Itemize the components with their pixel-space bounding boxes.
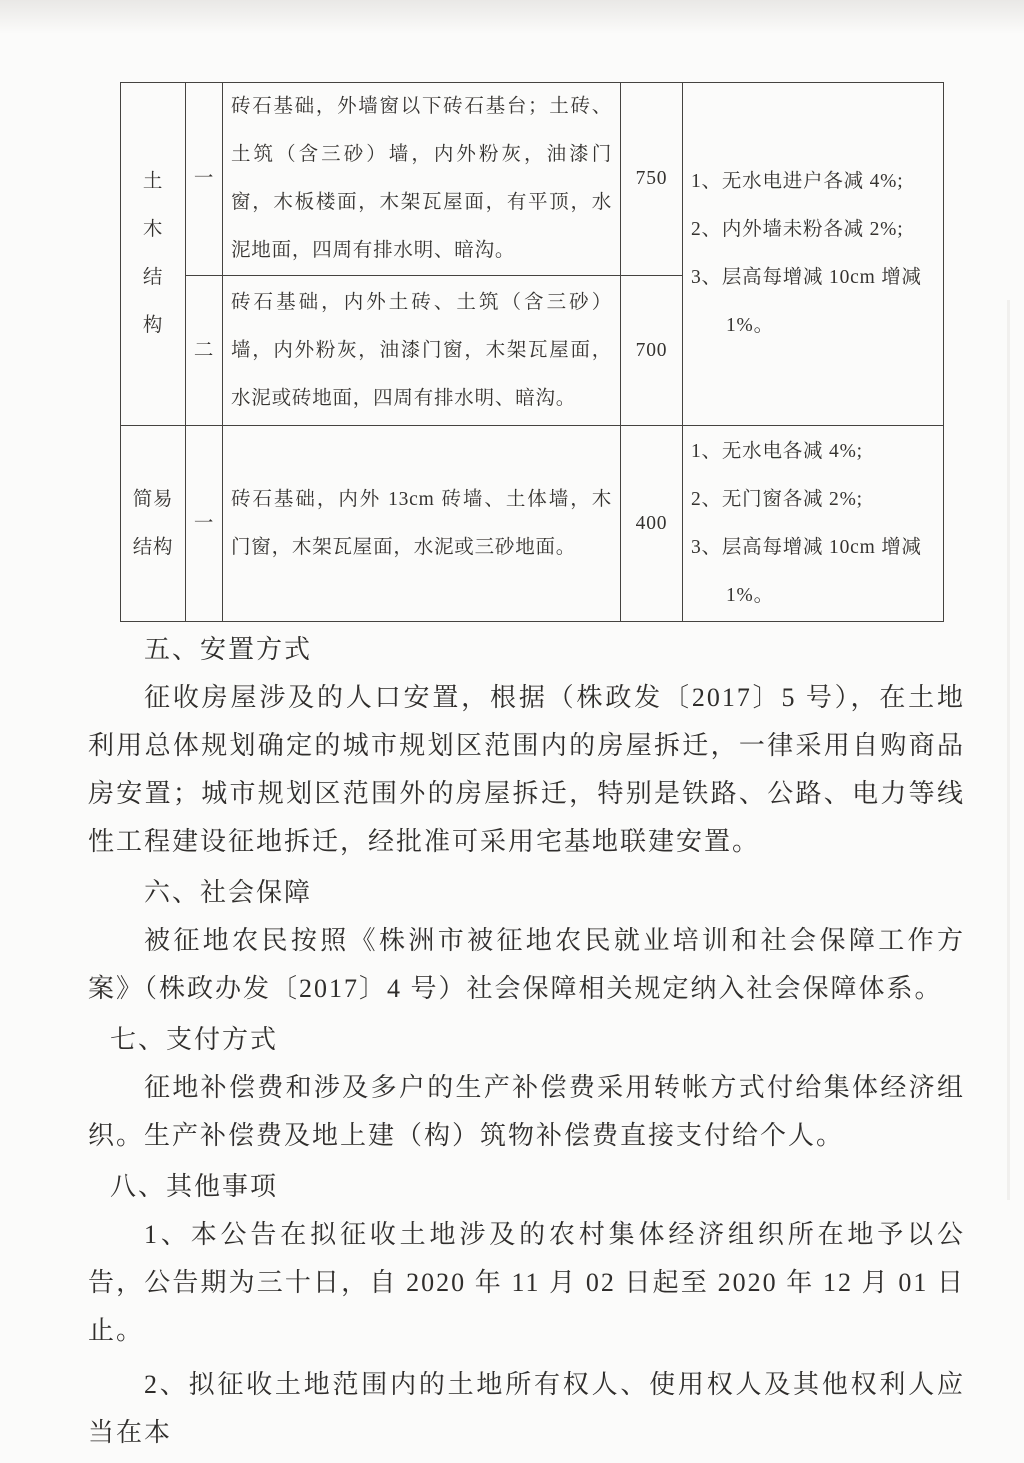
description-cell: 砖石基础，外墙窗以下砖石基台；土砖、土筑（含三砂）墙，内外粉灰，油漆门窗，木板楼… bbox=[223, 83, 621, 276]
unit-price-cell: 700 bbox=[621, 276, 683, 426]
section-heading-8: 八、其他事项 bbox=[88, 1163, 965, 1211]
grade-cell: 二 bbox=[186, 276, 223, 426]
table-row: 简易结构 一 砖石基础，内外 13cm 砖墙、土体墙，木门窗，木架瓦屋面，水泥或… bbox=[121, 426, 944, 622]
description-cell: 砖石基础，内外土砖、土筑（含三砂）墙，内外粉灰，油漆门窗，木架瓦屋面，水泥或砖地… bbox=[223, 276, 621, 426]
scan-shade-right bbox=[1007, 300, 1010, 1200]
table-row: 土木结构 一 砖石基础，外墙窗以下砖石基台；土砖、土筑（含三砂）墙，内外粉灰，油… bbox=[121, 83, 944, 276]
note-item: 3、层高每增减 10cm 增减 1%。 bbox=[691, 254, 941, 350]
description-cell: 砖石基础，内外 13cm 砖墙、土体墙，木门窗，木架瓦屋面，水泥或三砂地面。 bbox=[223, 426, 621, 622]
adjustment-notes-cell: 1、无水电各减 4%; 2、无门窗各减 2%; 3、层高每增减 10cm 增减 … bbox=[683, 426, 944, 622]
paragraph-social-security: 被征地农民按照《株洲市被征地农民就业培训和社会保障工作方案》（株政办发〔2017… bbox=[88, 917, 965, 1013]
grade-cell: 一 bbox=[186, 83, 223, 276]
note-item: 3、层高每增减 10cm 增减 1%。 bbox=[691, 524, 941, 620]
adjustment-notes-cell: 1、无水电进户各减 4%; 2、内外墙未粉各减 2%; 3、层高每增减 10cm… bbox=[683, 83, 944, 426]
note-item: 2、无门窗各减 2%; bbox=[691, 476, 941, 524]
structure-category-cell: 简易结构 bbox=[121, 426, 186, 622]
document-body: 五、安置方式 征收房屋涉及的人口安置，根据（株政发〔2017〕5 号），在土地利… bbox=[88, 626, 965, 1457]
note-item: 1、无水电各减 4%; bbox=[691, 428, 941, 476]
section-heading-6: 六、社会保障 bbox=[88, 869, 965, 917]
paragraph-other-item-1: 1、本公告在拟征收土地涉及的农村集体经济组织所在地予以公告，公告期为三十日，自 … bbox=[88, 1211, 965, 1355]
document-page: 土木结构 一 砖石基础，外墙窗以下砖石基台；土砖、土筑（含三砂）墙，内外粉灰，油… bbox=[0, 0, 1024, 1463]
paragraph-resettlement: 征收房屋涉及的人口安置，根据（株政发〔2017〕5 号），在土地利用总体规划确定… bbox=[88, 674, 965, 866]
structure-category-label: 土木结构 bbox=[140, 158, 166, 350]
unit-price-cell: 400 bbox=[621, 426, 683, 622]
compensation-table: 土木结构 一 砖石基础，外墙窗以下砖石基台；土砖、土筑（含三砂）墙，内外粉灰，油… bbox=[120, 82, 944, 622]
section-heading-7: 七、支付方式 bbox=[88, 1016, 965, 1064]
structure-category-label: 简易结构 bbox=[131, 476, 175, 572]
grade-cell: 一 bbox=[186, 426, 223, 622]
note-item: 1、无水电进户各减 4%; bbox=[691, 158, 941, 206]
unit-price-cell: 750 bbox=[621, 83, 683, 276]
paragraph-payment: 征地补偿费和涉及多户的生产补偿费采用转帐方式付给集体经济组织。生产补偿费及地上建… bbox=[88, 1064, 965, 1160]
structure-category-cell: 土木结构 bbox=[121, 83, 186, 426]
section-heading-5: 五、安置方式 bbox=[88, 626, 965, 674]
note-item: 2、内外墙未粉各减 2%; bbox=[691, 206, 941, 254]
scan-shade-top bbox=[0, 0, 1024, 34]
paragraph-other-item-2: 2、拟征收土地范围内的土地所有权人、使用权人及其他权利人应当在本 bbox=[88, 1361, 965, 1457]
